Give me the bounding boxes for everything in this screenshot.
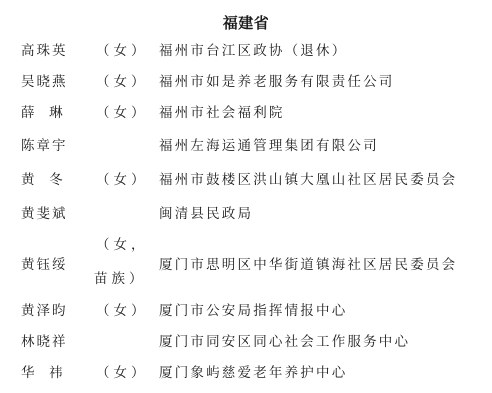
list-item: 华 祎 （女） 厦门象屿慈爱老年养护中心 [0,362,492,384]
person-organization: 厦门市公安局指挥情报中心 [159,300,347,322]
person-organization: 闽清县民政局 [159,203,253,225]
list-item: 黄斐斌 闽清县民政局 [0,203,492,225]
person-name: 华 祎 [21,362,65,384]
person-name: 高珠英 [21,40,68,62]
person-organization: 福州市如是养老服务有限责任公司 [159,71,395,93]
person-name: 吴晓燕 [21,71,68,93]
list-item: 黄泽昀 （女） 厦门市公安局指挥情报中心 [0,300,492,322]
person-note-line2: 苗族） [94,268,147,290]
person-name: 黄 冬 [21,169,65,191]
list-item: 陈章宇 福州左海运通管理集团有限公司 [0,135,492,157]
person-name: 黄斐斌 [21,203,68,225]
person-name: 黄泽昀 [21,300,68,322]
list-item: 黄 冬 （女） 福州市鼓楼区洪山镇大凰山社区居民委员会 [0,169,492,191]
person-note: （女） [96,169,149,191]
person-organization: 厦门象屿慈爱老年养护中心 [159,362,347,384]
person-name: 薛 琳 [21,102,65,124]
person-note: （女） [96,300,149,322]
person-note: （女） [96,71,149,93]
person-organization: 福州市台江区政协（退休） [159,40,347,62]
person-organization: 厦门市同安区同心社会工作服务中心 [159,331,410,353]
person-note-line1: （女， [96,234,149,256]
person-note: （女） [96,102,149,124]
person-name: 林晓祥 [21,331,68,353]
list-item: 高珠英 （女） 福州市台江区政协（退休） [0,40,492,62]
person-name: 陈章宇 [21,135,68,157]
person-note: （女） [96,362,149,384]
list-item: 薛 琳 （女） 福州市社会福利院 [0,102,492,124]
section-title: 福建省 [0,12,492,33]
person-organization: 福州市鼓楼区洪山镇大凰山社区居民委员会 [159,169,457,191]
person-organization: 福州左海运通管理集团有限公司 [159,135,379,157]
person-organization: 福州市社会福利院 [159,102,285,124]
list-item: 吴晓燕 （女） 福州市如是养老服务有限责任公司 [0,71,492,93]
list-item: 林晓祥 厦门市同安区同心社会工作服务中心 [0,331,492,353]
person-note-line2-row: 苗族） [0,268,492,290]
person-note-line1-row: （女， [0,234,492,256]
person-note: （女） [96,40,149,62]
